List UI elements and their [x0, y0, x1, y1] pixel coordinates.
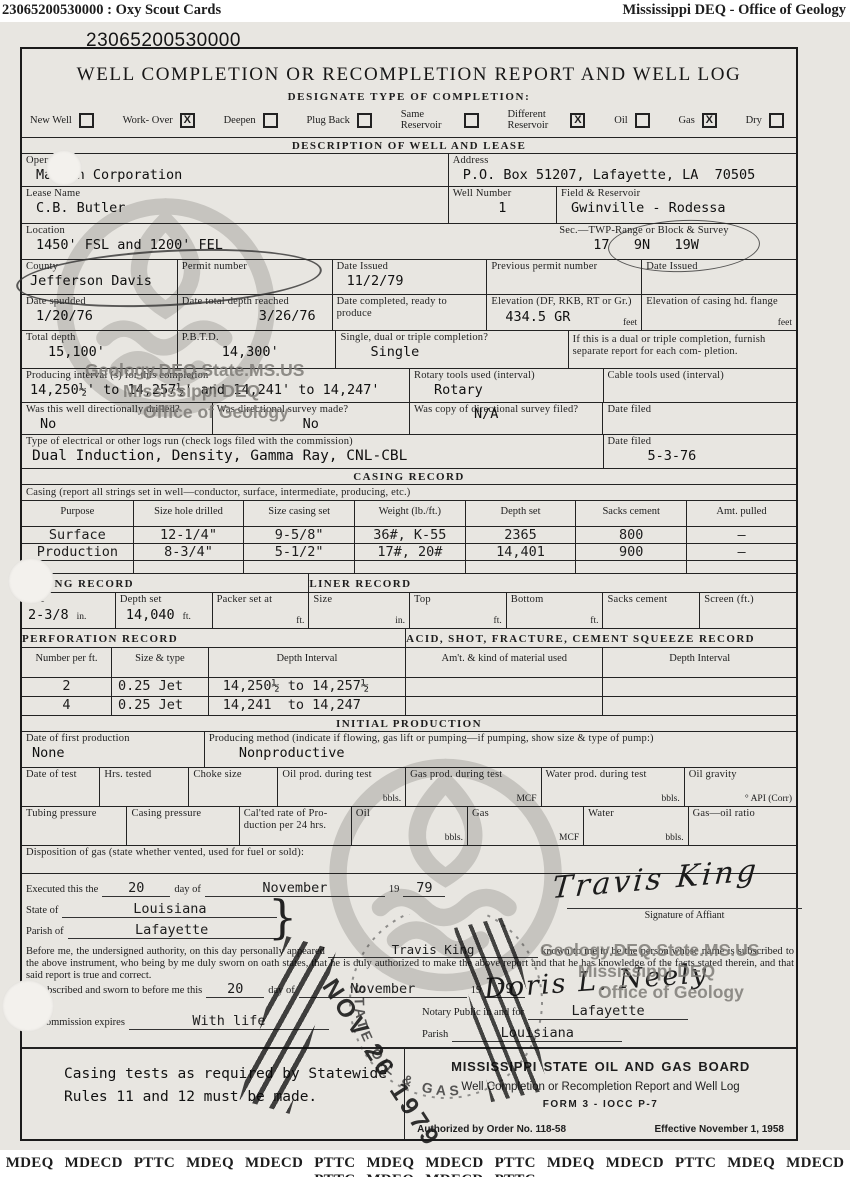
field-label: Screen (ft.): [704, 594, 792, 606]
table-cell: 800: [575, 527, 686, 543]
viewer-header-left: 23065200530000 : Oxy Scout Cards: [2, 2, 221, 19]
unit-label: bbls.: [665, 833, 683, 843]
field-value: Gwinville - Rodessa: [561, 200, 792, 217]
first-production-field: Date of first productionNone: [22, 732, 204, 767]
field-label: Gas prod. during test: [410, 769, 536, 781]
unit-label: bbls.: [445, 833, 463, 843]
field-value: 2-3/8: [26, 607, 69, 624]
parish-line: Parish of Lafayette: [26, 921, 276, 939]
choke-size-field: Choke size: [188, 768, 277, 806]
test-row: Date of test Hrs. tested Choke size Oil …: [22, 767, 796, 806]
dates-elevation-row: Date spudded1/20/76 Date total depth rea…: [22, 294, 796, 330]
section-title: TUBING RECORD: [22, 576, 134, 591]
field-label: Oil gravity: [689, 769, 792, 781]
field-label: Top: [414, 594, 502, 606]
field-reservoir-field: Field & ReservoirGwinville - Rodessa: [556, 187, 796, 223]
section-title: LINER RECORD: [309, 576, 411, 591]
unit-label: bbls.: [662, 794, 680, 804]
field-label: Size: [313, 594, 405, 606]
checkbox-same-reservoir: [464, 113, 479, 128]
checkbox-gas: X: [702, 113, 717, 128]
directional-row: Was this well directionally drilled?No W…: [22, 402, 796, 434]
field-label: Size: [26, 594, 111, 606]
oil-gravity-field: Oil gravity° API (Corr): [684, 768, 796, 806]
checkbox-label: Oil: [614, 115, 627, 126]
liner-sacks-field: Sacks cement: [602, 593, 699, 628]
total-depth-field: Total depth15,100': [22, 331, 177, 368]
subscribed-month: November: [299, 982, 467, 998]
table-cell: 2: [22, 678, 111, 696]
calc-rate-field: Cal'ted rate of Pro- duction per 24 hrs.: [239, 807, 351, 845]
tubing-depth-set-field: Depth set14,040ft.: [115, 593, 212, 628]
completion-type-row: New Well Work- OverX Deepen Plug Back Sa…: [22, 106, 796, 137]
date-completed-field: Date completed, ready to produce: [332, 295, 487, 330]
commission-line: My commission expires With life: [24, 1012, 329, 1030]
form-title-block: WELL COMPLETION OR RECOMPLETION REPORT A…: [22, 49, 796, 137]
completion-type-different-reservoir: Different ReservoirX: [507, 109, 585, 131]
field-label: Oil prod. during test: [282, 769, 401, 781]
field-label: Cal'ted rate of Pro- duction per 24 hrs.: [244, 808, 347, 832]
address-field: AddressP.O. Box 51207, Lafayette, LA 705…: [448, 154, 796, 186]
previous-permit-field: Previous permit number: [486, 260, 641, 294]
field-label: Type of electrical or other logs run (ch…: [26, 436, 599, 448]
liner-bottom-field: Bottomft.: [506, 593, 603, 628]
casing-record-header: CASING RECORD: [22, 468, 796, 484]
field-label: Cable tools used (interval): [608, 370, 793, 382]
perforation-row: 2 0.25 Jet 14,250½ to 14,257½: [22, 677, 796, 696]
unit-label: bbls.: [383, 794, 401, 804]
field-value: 434.5 GR: [491, 309, 570, 325]
table-cell: 14,241 to 14,247: [208, 697, 405, 715]
checkbox-deepen: [263, 113, 278, 128]
completion-type-plug-back: Plug Back: [306, 113, 371, 128]
well-number-field: Well Number1: [448, 187, 556, 223]
column-header: Size casing set: [243, 501, 354, 526]
unit-label: feet: [778, 318, 792, 328]
line-label: 19: [389, 884, 400, 895]
board-box: MISSISSIPPI STATE OIL AND GAS BOARD Well…: [405, 1049, 796, 1139]
table-cell: 14,401: [465, 544, 576, 560]
casing-table-row: Surface 12-1/4" 9-5/8" 36#, K-55 2365 80…: [22, 526, 796, 543]
field-label: Date total depth reached: [182, 296, 328, 308]
previous-date-issued-field: Date Issued: [641, 260, 796, 294]
completion-type-deepen: Deepen: [224, 113, 278, 128]
field-label: Hrs. tested: [104, 769, 184, 781]
completion-type-new-well: New Well: [30, 113, 94, 128]
field-label: Rotary tools used (interval): [414, 370, 599, 382]
table-cell: –: [686, 544, 796, 560]
line-label: day of: [268, 985, 295, 996]
table-cell: 14,250½ to 14,257½: [208, 678, 405, 696]
field-label: Producing interval (s) for this completi…: [26, 370, 405, 382]
county-permit-row: CountyJefferson Davis Permit number Date…: [22, 259, 796, 294]
unit-label: ft.: [183, 612, 191, 622]
checkbox-label: New Well: [30, 115, 72, 126]
line-label: My commission expires: [24, 1017, 125, 1028]
authorized-by: Authorized by Order No. 118-58: [417, 1124, 566, 1135]
form-code: FORM 3 - IOCC P-7: [415, 1099, 786, 1110]
elevation-casing-field: Elevation of casing hd. flangefeet: [641, 295, 796, 330]
form-footer-split: Casing tests as required by Statewide Ru…: [22, 1047, 796, 1139]
checkbox-label: Dry: [746, 115, 762, 126]
rotary-tools-field: Rotary tools used (interval)Rotary: [409, 369, 603, 402]
survey-date-filed-field: Date filed: [602, 403, 796, 434]
perforation-row: 4 0.25 Jet 14,241 to 14,247: [22, 696, 796, 715]
casing-note: Casing (report all strings set in well—c…: [22, 485, 410, 500]
field-label: Date filed: [608, 436, 793, 448]
producing-interval-field: Producing interval (s) for this completi…: [22, 369, 409, 402]
date-total-depth-field: Date total depth reached3/26/76: [177, 295, 332, 330]
section-title: CASING RECORD: [22, 469, 796, 484]
logs-date-filed-field: Date filed5-3-76: [603, 435, 797, 468]
table-cell: 900: [575, 544, 686, 560]
survey-copy-filed-field: Was copy of directional survey filed?N/A: [409, 403, 603, 434]
footer-bar: MDEQ MDECD PTTC MDEQ MDECD PTTC MDEQ MDE…: [0, 1150, 850, 1177]
table-cell: 17#, 20#: [354, 544, 465, 560]
checkbox-work-over: X: [180, 113, 195, 128]
board-title: MISSISSIPPI STATE OIL AND GAS BOARD: [415, 1059, 786, 1074]
checkbox-oil: [635, 113, 650, 128]
line-label: day of: [174, 884, 201, 895]
liner-size-field: Sizein.: [308, 593, 409, 628]
field-value: C.B. Butler: [26, 200, 444, 217]
column-header: Weight (lb./ft.): [354, 501, 465, 526]
column-header: Size & type: [111, 648, 208, 677]
casing-note-row: Casing (report all strings set in well—c…: [22, 484, 796, 500]
field-value: P.O. Box 51207, Lafayette, LA 70505: [453, 167, 792, 184]
line-label: Executed this the: [26, 884, 98, 895]
logs-row: Type of electrical or other logs run (ch…: [22, 434, 796, 468]
signature-caption: Signature of Affiant: [567, 908, 802, 921]
form-title: WELL COMPLETION OR RECOMPLETION REPORT A…: [22, 49, 796, 91]
gas-prod-test-field: Gas prod. during testMCF: [405, 768, 540, 806]
effective-date: Effective November 1, 1958: [654, 1124, 784, 1135]
field-value: 11/2/79: [337, 273, 483, 290]
casing-table-row-empty: [22, 560, 796, 573]
section-title: PERFORATION RECORD: [22, 631, 178, 646]
unit-label: ft.: [296, 616, 304, 626]
field-label: Elevation of casing hd. flange: [646, 296, 792, 308]
field-label: Elevation (DF, RKB, RT or Gr.): [491, 296, 637, 308]
field-label: Permit number: [182, 261, 328, 273]
date-of-test-field: Date of test: [22, 768, 99, 806]
producing-interval-row: Producing interval (s) for this completi…: [22, 368, 796, 402]
field-label: Previous permit number: [491, 261, 637, 273]
state-value: Louisiana: [62, 902, 277, 918]
field-label: If this is a dual or triple completion, …: [573, 332, 792, 358]
line-label: Subscribed and sworn to before me this: [36, 985, 202, 996]
field-label: Tubing pressure: [26, 808, 122, 820]
column-header: Amt. pulled: [686, 501, 796, 526]
location-row: Location1450' FSL and 1200' FEL Sec.—TWP…: [22, 223, 796, 259]
field-value: 1/20/76: [26, 308, 173, 325]
field-label: Date completed, ready to produce: [337, 296, 483, 320]
scanned-document: Geology.DEQ.State.MS.US Mississippi DEQ …: [0, 22, 850, 1150]
section-description-header: DESCRIPTION OF WELL AND LEASE: [22, 137, 796, 153]
column-header: Depth Interval: [208, 648, 405, 677]
field-value: Nonproductive: [209, 745, 792, 762]
checkbox-label: Work- Over: [123, 115, 173, 126]
table-cell: 0.25 Jet: [111, 678, 208, 696]
brace-glyph: }: [268, 890, 297, 944]
notary-public-line: Notary Public in and for Lafayette: [422, 1002, 688, 1020]
field-value: 14,300': [182, 344, 332, 361]
cable-tools-field: Cable tools used (interval): [603, 369, 797, 402]
tubing-packer-field: Packer set atft.: [212, 593, 309, 628]
field-value: No: [26, 416, 208, 433]
field-label: P.B.T.D.: [182, 332, 332, 344]
field-label: Field & Reservoir: [561, 188, 792, 200]
viewer-header-right: Mississippi DEQ - Office of Geology: [622, 2, 846, 19]
field-label: Was this well directionally drilled?: [26, 404, 208, 416]
permit-number-field: Permit number: [177, 260, 332, 294]
sec-twp-range-field: Sec.—TWP-Range or Block & Survey17 9N 19…: [579, 224, 796, 259]
field-label: Disposition of gas (state whether vented…: [26, 847, 792, 859]
column-header: Size hole drilled: [133, 501, 244, 526]
table-cell: 12-1/4": [133, 527, 244, 543]
unit-label: feet: [623, 318, 637, 328]
field-label: Date of test: [26, 769, 95, 781]
liner-screen-field: Screen (ft.): [699, 593, 796, 628]
unit-label: MCF: [559, 833, 579, 843]
unit-label: in.: [77, 612, 87, 622]
table-cell: 4: [22, 697, 111, 715]
column-header: Number per ft.: [22, 648, 111, 677]
field-value: Single: [340, 344, 563, 361]
field-label: Water prod. during test: [546, 769, 680, 781]
parish-value: Lafayette: [68, 923, 276, 939]
line-label: Notary Public in and for: [422, 1007, 524, 1018]
checkbox-label: Plug Back: [306, 115, 349, 126]
field-label: Gas—oil ratio: [693, 808, 792, 820]
field-label: Gas: [472, 808, 579, 820]
completion-type-work-over: Work- OverX: [123, 113, 195, 128]
oil-prod-test-field: Oil prod. during testbbls.: [277, 768, 405, 806]
line-label: 19: [471, 985, 482, 996]
field-value: 5-3-76: [608, 448, 793, 465]
executed-line: Executed this the 20 day of November 19 …: [26, 879, 445, 897]
field-label: Depth set: [120, 594, 208, 606]
column-header: Sacks cement: [575, 501, 686, 526]
well-completion-form: WELL COMPLETION OR RECOMPLETION REPORT A…: [20, 47, 798, 1141]
logs-run-field: Type of electrical or other logs run (ch…: [22, 435, 603, 468]
casing-pressure-field: Casing pressure: [126, 807, 238, 845]
api-number-stamp: 23065200530000: [86, 30, 241, 52]
ack-text: known to me to: [541, 946, 608, 957]
unit-label: ft.: [494, 616, 502, 626]
section-title: DESCRIPTION OF WELL AND LEASE: [22, 138, 796, 153]
depth-completion-row: Total depth15,100' P.B.T.D.14,300' Singl…: [22, 330, 796, 368]
checkbox-different-reservoir: X: [570, 113, 585, 128]
note-line: Casing tests as required by Statewide: [64, 1063, 396, 1086]
table-cell: Production: [22, 544, 133, 560]
table-cell: 0.25 Jet: [111, 697, 208, 715]
field-label: Total depth: [26, 332, 173, 344]
unit-label: ° API (Corr): [745, 794, 792, 804]
field-value: 1450' FSL and 1200' FEL: [26, 237, 575, 254]
field-label: Date of first production: [26, 733, 200, 745]
oil-rate-field: Oilbbls.: [351, 807, 467, 845]
perforation-table-header: Number per ft. Size & type Depth Interva…: [22, 647, 796, 677]
field-label: Date filed: [607, 404, 792, 416]
field-label: Was copy of directional survey filed?: [414, 404, 599, 416]
table-cell: 36#, K-55: [354, 527, 465, 543]
state-line: State of Louisiana: [26, 900, 277, 918]
tubing-size-field: Size2-3/8in.: [22, 593, 115, 628]
field-label: Address: [453, 155, 792, 167]
water-rate-field: Waterbbls.: [583, 807, 687, 845]
directionally-drilled-field: Was this well directionally drilled?No: [22, 403, 212, 434]
checkbox-new-well: [79, 113, 94, 128]
seal-label: SEAL: [24, 1000, 51, 1011]
table-cell: 2365: [465, 527, 576, 543]
field-label: Bottom: [511, 594, 599, 606]
operator-field: OperatorMarion Corporation: [22, 154, 448, 186]
tubing-liner-row: Size2-3/8in. Depth set14,040ft. Packer s…: [22, 592, 796, 628]
operator-address-row: OperatorMarion Corporation AddressP.O. B…: [22, 153, 796, 186]
subscribed-line: Subscribed and sworn to before me this 2…: [36, 980, 525, 998]
field-label: Date Issued: [337, 261, 483, 273]
field-label: Casing pressure: [131, 808, 234, 820]
field-value: Dual Induction, Density, Gamma Ray, CNL-…: [26, 448, 599, 465]
field-label: Location: [26, 225, 575, 237]
field-label: Was directional survey made?: [217, 404, 405, 416]
field-value: 17 9N 19W: [583, 237, 792, 254]
field-label: County: [26, 261, 173, 273]
line-label: State of: [26, 905, 58, 916]
perforation-acid-headers: PERFORATION RECORD ACID, SHOT, FRACTURE,…: [22, 628, 796, 647]
checkbox-plug-back: [357, 113, 372, 128]
line-label: Parish of: [26, 926, 64, 937]
first-production-row: Date of first productionNone Producing m…: [22, 731, 796, 767]
table-cell: 9-5/8": [243, 527, 354, 543]
field-label: Water: [588, 808, 683, 820]
column-header: Depth Interval: [602, 648, 796, 677]
field-label: Operator: [26, 155, 444, 167]
field-value: None: [26, 745, 200, 762]
directional-survey-field: Was directional survey made?No: [212, 403, 409, 434]
executed-day: 20: [102, 881, 170, 897]
executed-year: 79: [403, 881, 445, 897]
notary-parish: Louisiana: [452, 1026, 622, 1042]
completion-type-same-reservoir: Same Reservoir: [401, 109, 479, 131]
field-label: Single, dual or triple completion?: [340, 332, 563, 344]
unit-label: MCF: [516, 794, 536, 804]
field-label: Well Number: [453, 188, 552, 200]
subscribed-day: 20: [206, 982, 264, 998]
field-value: 3/26/76: [182, 308, 328, 325]
tubing-pressure-field: Tubing pressure: [22, 807, 126, 845]
gas-rate-field: GasMCF: [467, 807, 583, 845]
section-title: ACID, SHOT, FRACTURE, CEMENT SQUEEZE REC…: [406, 631, 755, 646]
liner-top-field: Topft.: [409, 593, 506, 628]
lease-row: Lease NameC.B. Butler Well Number1 Field…: [22, 186, 796, 223]
field-label: Sec.—TWP-Range or Block & Survey: [559, 225, 792, 237]
completion-type-dry: Dry: [746, 113, 784, 128]
casing-table-row: Production 8-3/4" 5-1/2" 17#, 20# 14,401…: [22, 543, 796, 560]
completion-type-oil: Oil: [614, 113, 649, 128]
field-label: Producing method (indicate if flowing, g…: [209, 733, 792, 745]
table-cell: –: [686, 527, 796, 543]
note-line: Rules 11 and 12 must be made.: [64, 1086, 396, 1109]
checkbox-dry: [769, 113, 784, 128]
notary-place: Lafayette: [528, 1004, 688, 1020]
field-label: Choke size: [193, 769, 273, 781]
checkbox-label: Gas: [678, 115, 694, 126]
casing-tests-note: Casing tests as required by Statewide Ru…: [22, 1049, 405, 1139]
line-label: Parish: [422, 1029, 448, 1040]
appeared-name: Travis King: [328, 942, 538, 958]
commission-value: With life: [129, 1014, 329, 1030]
dual-note: If this is a dual or triple completion, …: [568, 331, 796, 368]
field-label: Date spudded: [26, 296, 173, 308]
initial-production-header: INITIAL PRODUCTION: [22, 715, 796, 731]
table-cell: 8-3/4": [133, 544, 244, 560]
field-value: 14,040: [120, 607, 175, 624]
designate-subtitle: DESIGNATE TYPE OF COMPLETION:: [22, 91, 796, 106]
field-value: Marion Corporation: [26, 167, 444, 184]
table-cell: 5-1/2": [243, 544, 354, 560]
gas-oil-ratio-field: Gas—oil ratio: [688, 807, 796, 845]
tubing-liner-headers: TUBING RECORD LINER RECORD: [22, 573, 796, 592]
field-value: Jefferson Davis: [26, 273, 173, 290]
checkbox-label: Same Reservoir: [401, 109, 457, 131]
county-field: CountyJefferson Davis: [22, 260, 177, 294]
unit-label: in.: [395, 616, 405, 626]
pbtd-field: P.B.T.D.14,300': [177, 331, 336, 368]
field-value: 15,100': [26, 344, 173, 361]
casing-table-header: Purpose Size hole drilled Size casing se…: [22, 500, 796, 526]
notary-parish-line: Parish Louisiana: [422, 1024, 622, 1042]
field-label: Oil: [356, 808, 463, 820]
date-issued-field: Date Issued11/2/79: [332, 260, 487, 294]
field-label: Packer set at: [217, 594, 305, 606]
location-field: Location1450' FSL and 1200' FEL: [22, 224, 579, 259]
board-subtitle: Well Completion or Recompletion Report a…: [415, 1081, 786, 1093]
field-value: Rotary: [414, 382, 599, 399]
section-title: INITIAL PRODUCTION: [22, 716, 796, 731]
single-dual-field: Single, dual or triple completion?Single: [335, 331, 567, 368]
lease-name-field: Lease NameC.B. Butler: [22, 187, 448, 223]
completion-type-gas: GasX: [678, 113, 716, 128]
checkbox-label: Different Reservoir: [507, 109, 563, 131]
water-prod-test-field: Water prod. during testbbls.: [541, 768, 684, 806]
hrs-tested-field: Hrs. tested: [99, 768, 188, 806]
ack-text: Before me, the undersigned authority, on…: [26, 946, 325, 957]
table-cell: Surface: [22, 527, 133, 543]
unit-label: ft.: [590, 616, 598, 626]
column-header: Am't. & kind of material used: [405, 648, 602, 677]
checkbox-label: Deepen: [224, 115, 256, 126]
viewer-header: 23065200530000 : Oxy Scout Cards Mississ…: [0, 0, 850, 22]
producing-method-field: Producing method (indicate if flowing, g…: [204, 732, 796, 767]
field-label: Lease Name: [26, 188, 444, 200]
column-header: Depth set: [465, 501, 576, 526]
field-label: Date Issued: [646, 261, 792, 273]
field-value: 14,250½' to 14,257½' and 14,241' to 14,2…: [26, 382, 405, 399]
field-value: No: [217, 416, 405, 433]
column-header: Purpose: [22, 501, 133, 526]
elevation-field: Elevation (DF, RKB, RT or Gr.)434.5 GRfe…: [486, 295, 641, 330]
field-label: Sacks cement: [607, 594, 695, 606]
execution-block: Executed this the 20 day of November 19 …: [22, 873, 796, 1025]
rate-row: Tubing pressure Casing pressure Cal'ted …: [22, 806, 796, 845]
date-spudded-field: Date spudded1/20/76: [22, 295, 177, 330]
field-value: 1: [453, 200, 552, 217]
